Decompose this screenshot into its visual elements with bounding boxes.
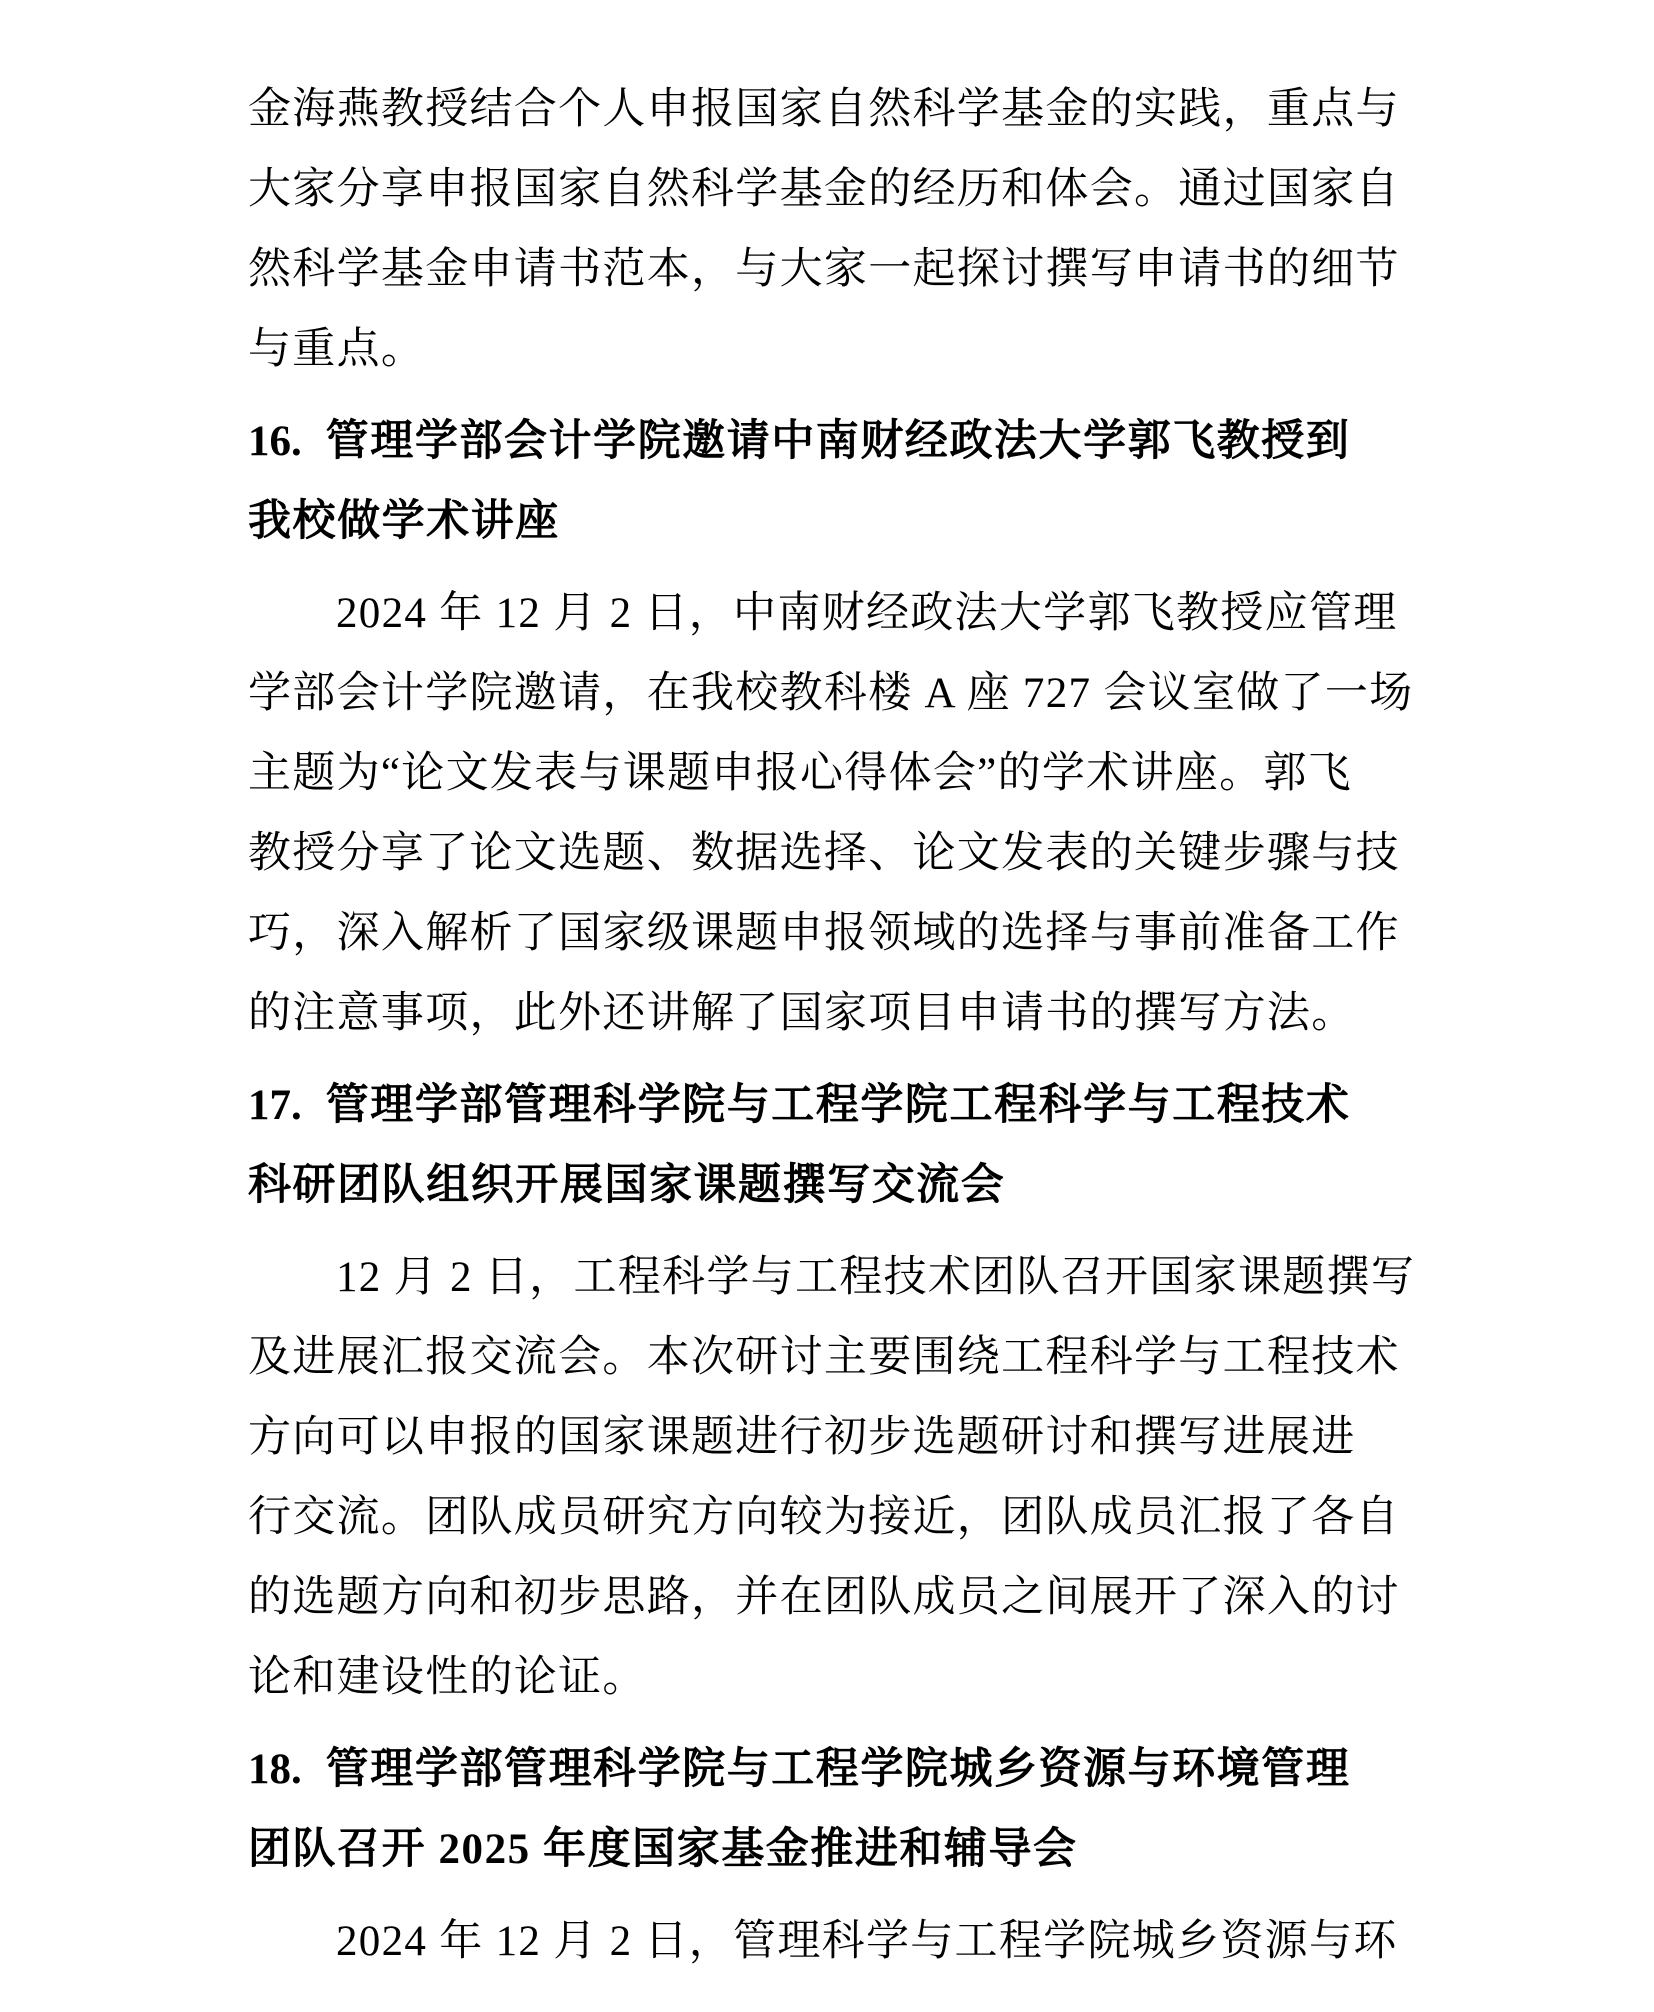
body-line: 论和建设性的论证。 <box>248 1638 1403 1718</box>
heading-line: 16.管理学部会计学院邀请中南财经政法大学郭飞教授到 <box>248 402 1403 482</box>
body-line: 2024 年 12 月 2 日，中南财经政法大学郭飞教授应管理 <box>248 574 1403 654</box>
heading-text: 管理学部管理科学院与工程学院工程科学与工程技术 <box>326 1082 1351 1129</box>
body-line: 与重点。 <box>248 310 1403 390</box>
body-line: 主题为“论文发表与课题申报心得体会”的学术讲座。郭飞 <box>248 734 1403 814</box>
body-line: 及进展汇报交流会。本次研讨主要围绕工程科学与工程技术 <box>248 1318 1403 1398</box>
document-page[interactable]: 金海燕教授结合个人申报国家自然科学基金的实践，重点与 大家分享申报国家自然科学基… <box>0 0 1654 2012</box>
heading-line: 科研团队组织开展国家课题撰写交流会 <box>248 1146 1403 1226</box>
heading-item-18: 18.管理学部管理科学院与工程学院城乡资源与环境管理 团队召开 2025 年度国… <box>248 1730 1403 1890</box>
body-line: 然科学基金申请书范本，与大家一起探讨撰写申请书的细节 <box>248 230 1403 310</box>
heading-line: 团队召开 2025 年度国家基金推进和辅导会 <box>248 1810 1403 1890</box>
heading-number: 16. <box>248 402 302 482</box>
paragraph-item-15-continuation: 金海燕教授结合个人申报国家自然科学基金的实践，重点与 大家分享申报国家自然科学基… <box>248 70 1403 390</box>
heading-item-16: 16.管理学部会计学院邀请中南财经政法大学郭飞教授到 我校做学术讲座 <box>248 402 1403 562</box>
body-line: 的注意事项，此外还讲解了国家项目申请书的撰写方法。 <box>248 974 1403 1054</box>
heading-line: 18.管理学部管理科学院与工程学院城乡资源与环境管理 <box>248 1730 1403 1810</box>
paragraph-item-17: 12 月 2 日，工程科学与工程技术团队召开国家课题撰写 及进展汇报交流会。本次… <box>248 1238 1403 1718</box>
body-line: 学部会计学院邀请，在我校教科楼 A 座 727 会议室做了一场 <box>248 654 1403 734</box>
paragraph-item-18: 2024 年 12 月 2 日，管理科学与工程学院城乡资源与环 <box>248 1902 1403 1982</box>
document-text-column: 金海燕教授结合个人申报国家自然科学基金的实践，重点与 大家分享申报国家自然科学基… <box>248 70 1403 1982</box>
body-line: 教授分享了论文选题、数据选择、论文发表的关键步骤与技 <box>248 814 1403 894</box>
body-line: 金海燕教授结合个人申报国家自然科学基金的实践，重点与 <box>248 70 1403 150</box>
body-line: 12 月 2 日，工程科学与工程技术团队召开国家课题撰写 <box>248 1238 1403 1318</box>
body-line: 的选题方向和初步思路，并在团队成员之间展开了深入的讨 <box>248 1558 1403 1638</box>
body-line: 2024 年 12 月 2 日，管理科学与工程学院城乡资源与环 <box>248 1902 1403 1982</box>
heading-text: 管理学部管理科学院与工程学院城乡资源与环境管理 <box>326 1746 1351 1793</box>
paragraph-item-16: 2024 年 12 月 2 日，中南财经政法大学郭飞教授应管理 学部会计学院邀请… <box>248 574 1403 1054</box>
heading-text: 管理学部会计学院邀请中南财经政法大学郭飞教授到 <box>326 418 1351 465</box>
body-line: 行交流。团队成员研究方向较为接近，团队成员汇报了各自 <box>248 1478 1403 1558</box>
heading-number: 18. <box>248 1730 302 1810</box>
body-line: 巧，深入解析了国家级课题申报领域的选择与事前准备工作 <box>248 894 1403 974</box>
heading-number: 17. <box>248 1066 302 1146</box>
body-line: 大家分享申报国家自然科学基金的经历和体会。通过国家自 <box>248 150 1403 230</box>
heading-line: 我校做学术讲座 <box>248 482 1403 562</box>
heading-item-17: 17.管理学部管理科学院与工程学院工程科学与工程技术 科研团队组织开展国家课题撰… <box>248 1066 1403 1226</box>
body-line: 方向可以申报的国家课题进行初步选题研讨和撰写进展进 <box>248 1398 1403 1478</box>
heading-line: 17.管理学部管理科学院与工程学院工程科学与工程技术 <box>248 1066 1403 1146</box>
